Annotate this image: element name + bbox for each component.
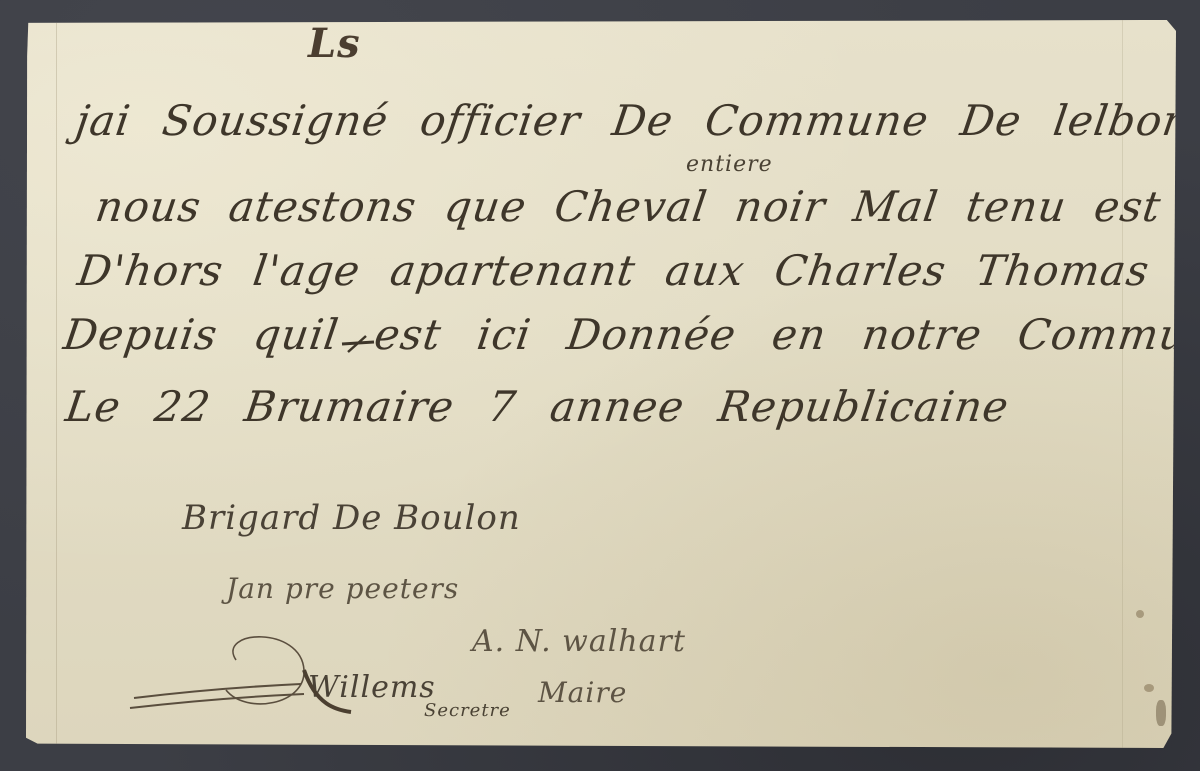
- signature-brigard: Brigard De Boulon: [182, 498, 521, 538]
- ink-stain: [1136, 610, 1144, 618]
- body-line-1: jai Soussigné officier De Commune De lel…: [73, 96, 1200, 145]
- body-line-5-date: Le 22 Brumaire 7 annee Republicaine: [63, 382, 1013, 431]
- body-line-4: Depuis quil est ici Donnée en notre Comm…: [61, 310, 1200, 359]
- paper-fold-line: [56, 20, 57, 748]
- signature-title-maire: Maire: [538, 676, 627, 709]
- interlinear-insertion: entiere: [686, 152, 773, 177]
- body-line-2: nous atestons que Cheval noir Mal tenu e…: [93, 182, 1200, 231]
- document-sheet: Ls jai Soussigné officier De Commune De …: [26, 20, 1176, 748]
- top-mark: Ls: [308, 20, 361, 67]
- signature-title-secretary: Secretre: [424, 700, 511, 721]
- signature-walhart: A. N. walhart: [472, 624, 686, 659]
- ink-stain: [1144, 684, 1154, 692]
- body-line-3: D'hors l'age apartenant aux Charles Thom…: [75, 246, 1200, 295]
- struck-out-word: [338, 332, 378, 356]
- edge-stain: [1156, 700, 1166, 726]
- signature-peeters: Jan pre peeters: [226, 572, 459, 605]
- signature-flourish: [126, 620, 366, 720]
